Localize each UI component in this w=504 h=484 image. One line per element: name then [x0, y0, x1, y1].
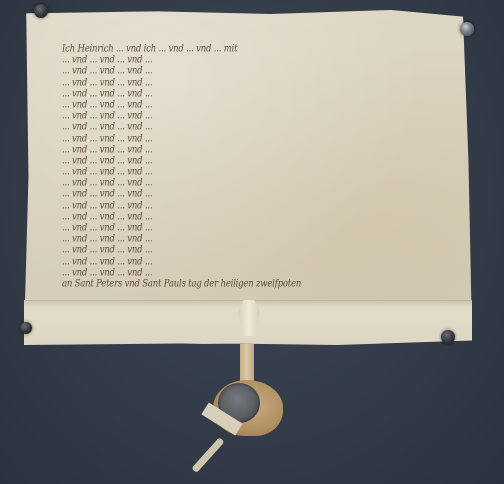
pin-icon — [460, 22, 474, 36]
pin-icon — [441, 330, 455, 344]
text-line: ... vnd ... vnd ... vnd ... — [62, 100, 472, 111]
text-line: ... vnd ... vnd ... vnd ... — [62, 234, 472, 245]
text-line: ... vnd ... vnd ... vnd ... — [62, 178, 472, 189]
text-line: Ich Heinrich ... vnd ich ... vnd ... vnd… — [62, 44, 472, 55]
text-line: ... vnd ... vnd ... vnd ... — [62, 156, 472, 167]
text-line: ... vnd ... vnd ... vnd ... — [62, 245, 472, 256]
pin-icon — [20, 322, 32, 334]
text-line: ... vnd ... vnd ... vnd ... — [62, 55, 472, 66]
seal-tag-tail — [191, 437, 224, 473]
text-line: ... vnd ... vnd ... vnd ... — [62, 111, 472, 122]
text-line: ... vnd ... vnd ... vnd ... — [62, 257, 472, 268]
text-line: ... vnd ... vnd ... vnd ... — [62, 89, 472, 100]
text-line: ... vnd ... vnd ... vnd ... — [62, 212, 472, 223]
text-line: an Sant Peters vnd Sant Pauls tag der he… — [62, 279, 472, 290]
text-line: ... vnd ... vnd ... vnd ... — [62, 189, 472, 200]
text-line: ... vnd ... vnd ... vnd ... — [62, 134, 472, 145]
text-line: ... vnd ... vnd ... vnd ... — [62, 268, 472, 279]
photo-scene: Ich Heinrich ... vnd ich ... vnd ... vnd… — [0, 0, 504, 484]
handwritten-text: Ich Heinrich ... vnd ich ... vnd ... vnd… — [62, 44, 472, 294]
text-line: ... vnd ... vnd ... vnd ... — [62, 122, 472, 133]
text-line: ... vnd ... vnd ... vnd ... — [62, 201, 472, 212]
text-line: ... vnd ... vnd ... vnd ... — [62, 78, 472, 89]
text-line: ... vnd ... vnd ... vnd ... — [62, 167, 472, 178]
pin-icon — [34, 4, 48, 18]
text-line: ... vnd ... vnd ... vnd ... — [62, 145, 472, 156]
text-line: ... vnd ... vnd ... vnd ... — [62, 223, 472, 234]
text-line: ... vnd ... vnd ... vnd ... — [62, 66, 472, 77]
